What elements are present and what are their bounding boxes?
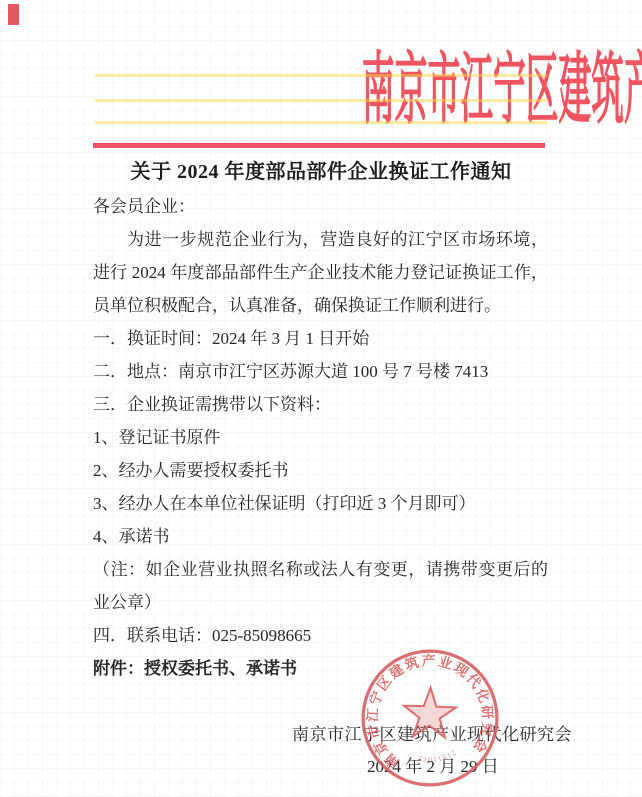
item-materials-heading: 三．企业换证需携带以下资料：	[93, 388, 548, 421]
paragraph-line-3: 员单位积极配合，认真准备，确保换证工作顺利进行。	[93, 289, 548, 322]
item-location: 二．地点：南京市江宁区苏源大道 100 号 7 号楼 7413	[93, 355, 548, 388]
salutation-line: 各会员企业：	[93, 190, 548, 223]
material-1: 1、登记证书原件	[93, 421, 548, 454]
notice-body: 各会员企业： 为进一步规范企业行为，营造良好的江宁区市场环境，研究会将 进行 2…	[93, 190, 548, 685]
attachment-line: 附件：授权委托书、承诺书	[93, 652, 548, 685]
note-line-1: （注：如企业营业执照名称或法人有变更，请携带变更后的资料盖企	[93, 553, 548, 586]
material-2: 2、经办人需要授权委托书	[93, 454, 548, 487]
signature-org-name: 南京市江宁区建筑产业现代化研究会	[292, 720, 572, 745]
scan-corner-stamp-mark	[8, 4, 19, 25]
paragraph-line-1: 为进一步规范企业行为，营造良好的江宁区市场环境，研究会将	[93, 223, 548, 256]
contact-line: 四．联系电话：025-85098665	[93, 619, 548, 652]
material-4: 4、承诺书	[93, 520, 548, 553]
letterhead-org-name: 南京市江宁区建筑产业现代化研究会	[362, 38, 642, 142]
paragraph-line-2: 进行 2024 年度部品部件生产企业技术能力登记证换证工作，请各会	[93, 256, 548, 289]
scanned-notice-document: 南京市江宁区建筑产业现代化研究会 关于 2024 年度部品部件企业换证工作通知 …	[0, 0, 642, 797]
material-3: 3、经办人在本单位社保证明（打印近 3 个月即可）	[93, 487, 548, 520]
letterhead-divider-rule	[93, 143, 545, 148]
letterhead-banner: 南京市江宁区建筑产业现代化研究会	[0, 38, 642, 142]
notice-title: 关于 2024 年度部品部件企业换证工作通知	[0, 155, 642, 184]
signature-date: 2024 年 2 月 29 日	[367, 752, 499, 777]
item-time: 一．换证时间：2024 年 3 月 1 日开始	[93, 322, 548, 355]
note-line-2: 业公章）	[93, 586, 548, 619]
